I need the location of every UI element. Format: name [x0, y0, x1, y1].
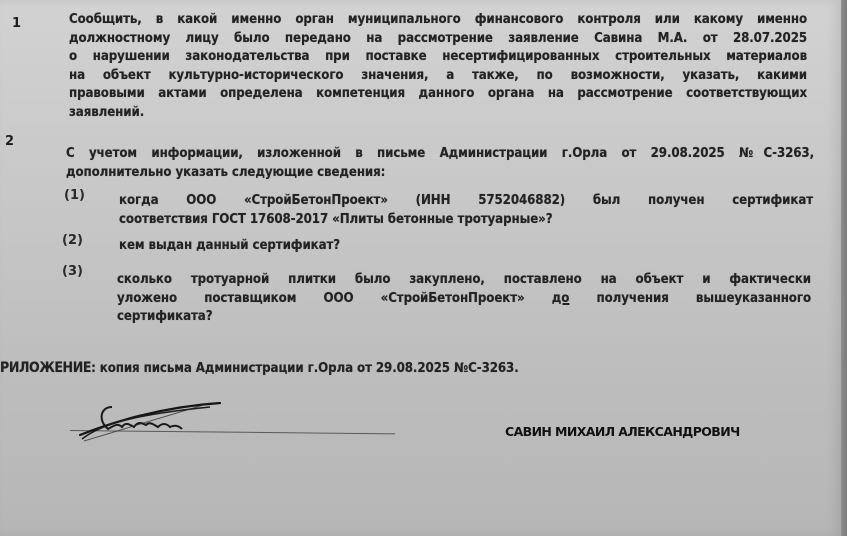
item-1-line: на объект культурно-исторического значен…: [69, 67, 807, 86]
attachment-line: РИЛОЖЕНИЕ: копия письма Администрации г.…: [0, 360, 519, 376]
attachment-label: РИЛОЖЕНИЕ: [0, 360, 91, 376]
subitem-3-text-before: уложено поставщиком ООО «СтройБетонПроек…: [117, 291, 525, 306]
item-1-line: заявлений.: [69, 104, 807, 123]
subitem-3-text-after: получения вышеуказанного: [597, 291, 811, 306]
subitem-1-text: когда ООО «СтройБетонПроект» (ИНН 575204…: [119, 192, 813, 229]
subitem-1-line: когда ООО «СтройБетонПроект» (ИНН 575204…: [119, 192, 813, 211]
handwritten-signature: [70, 395, 230, 455]
subitem-3-line: сколько тротуарной плитки было закуплено…: [117, 271, 811, 290]
underlined-word: до: [552, 291, 570, 306]
attachment-text: : копия письма Администрации г.Орла от 2…: [91, 361, 519, 376]
page-edge: [841, 0, 847, 536]
subitem-label-2: (2): [62, 233, 83, 248]
item-1-text: Сообщить, в какой именно орган муниципал…: [69, 11, 807, 123]
subitem-2-text: кем выдан данный сертификат?: [119, 237, 813, 256]
item-2-line: дополнительно указать следующие сведения…: [66, 164, 814, 183]
subitem-3-line: уложено поставщиком ООО «СтройБетонПроек…: [117, 290, 811, 309]
signatory-name: САВИН МИХАИЛ АЛЕКСАНДРОВИЧ: [505, 424, 740, 439]
item-number-1: 1: [12, 16, 21, 31]
item-number-2: 2: [5, 134, 14, 149]
subitem-2-line: кем выдан данный сертификат?: [119, 237, 813, 256]
subitem-1-line: соответствия ГОСТ 17608-2017 «Плиты бето…: [119, 211, 813, 230]
item-1-line: о нарушении законодательства при поставк…: [69, 48, 807, 67]
subitem-label-1: (1): [64, 188, 85, 203]
item-2-line: С учетом информации, изложенной в письме…: [66, 145, 814, 164]
item-1-line: должностному лицу было передано на рассм…: [69, 30, 807, 49]
subitem-3-line: сертификата?: [117, 308, 811, 327]
item-1-line: Сообщить, в какой именно орган муниципал…: [69, 11, 807, 30]
item-1-line: правовыми актами определена компетенция …: [69, 85, 807, 104]
item-2-text: С учетом информации, изложенной в письме…: [66, 145, 814, 182]
subitem-label-3: (3): [62, 264, 83, 279]
subitem-3-text: сколько тротуарной плитки было закуплено…: [117, 271, 811, 327]
